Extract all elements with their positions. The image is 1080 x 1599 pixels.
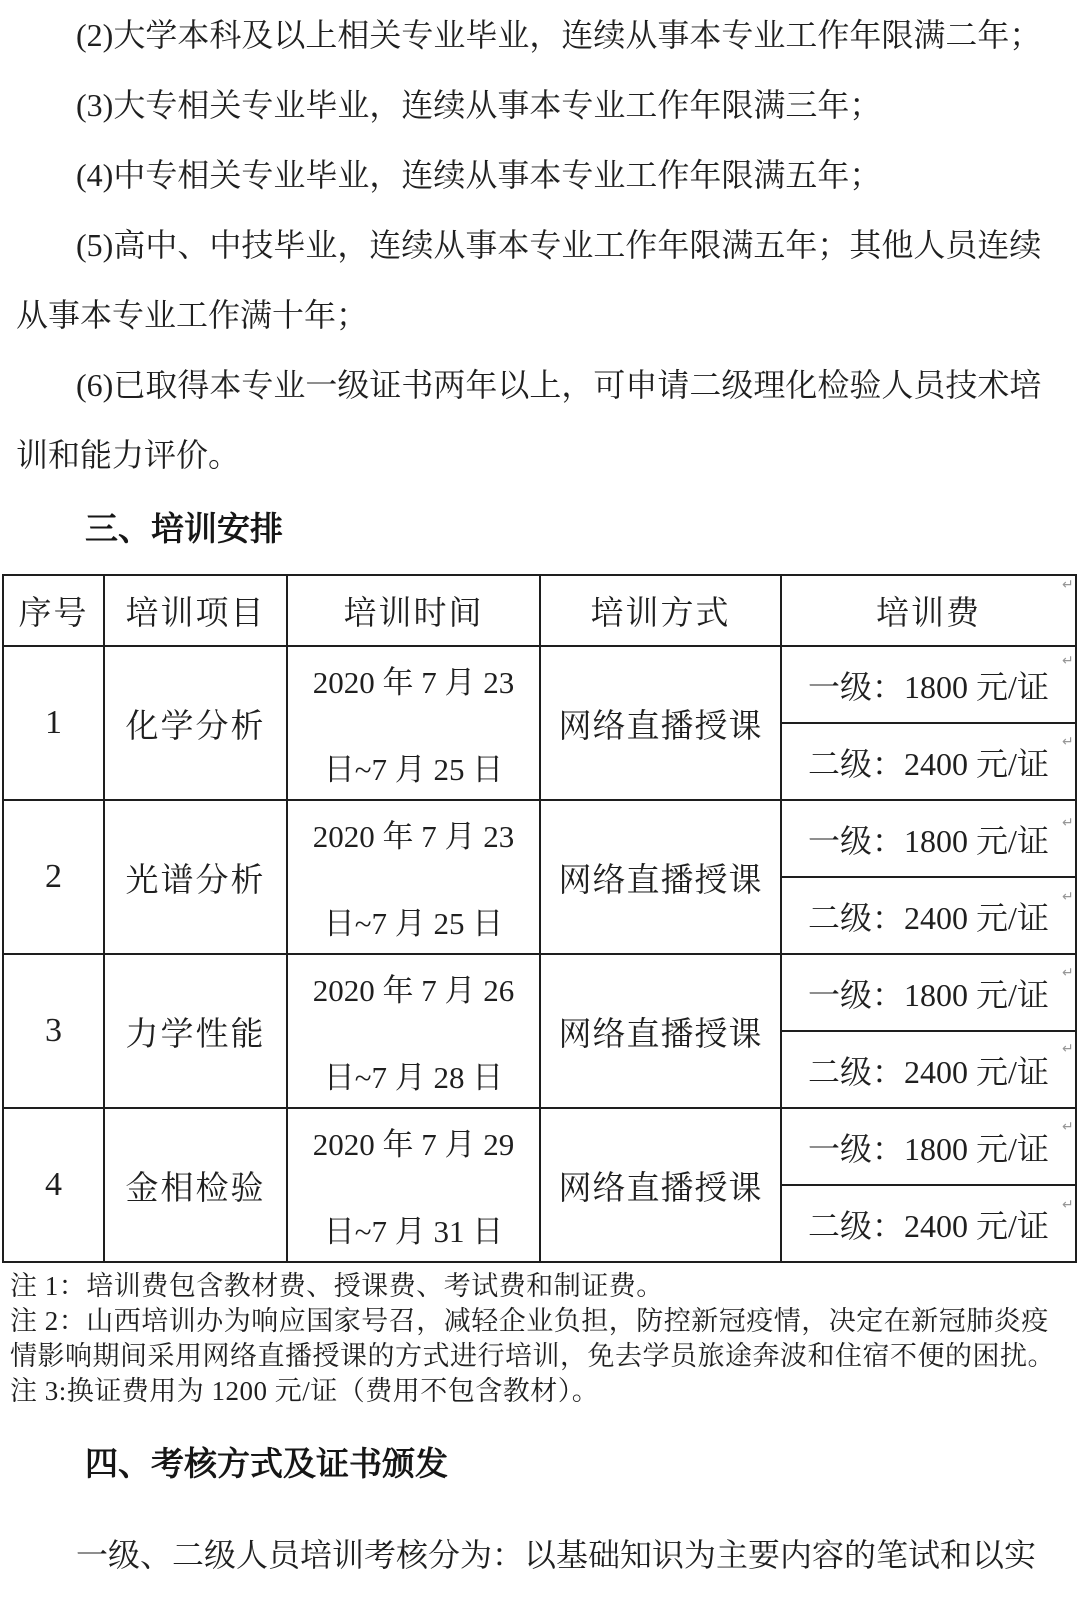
paragraph-mark-icon: ↵ — [1062, 816, 1078, 830]
cell-fee-level1: 一级：1800 元/证 — [781, 954, 1076, 1031]
cell-time: 2020 年 7 月 29 日~7 月 31 日 — [287, 1108, 540, 1262]
cell-method: 网络直播授课 — [540, 800, 781, 954]
table-header-row: 序号 培训项目 培训时间 培训方式 培训费 — [3, 575, 1076, 646]
time-line1: 2020 年 7 月 23 — [288, 657, 539, 702]
cell-project: 化学分析 — [104, 646, 287, 800]
cell-fee-level1: 一级：1800 元/证 — [781, 646, 1076, 723]
column-header-method: 培训方式 — [540, 575, 781, 646]
note-line: 注 1：培训费包含教材费、授课费、考试费和制证费。 — [0, 1269, 1080, 1304]
time-line2: 日~7 月 25 日 — [288, 898, 539, 943]
eligibility-clauses: (2)大学本科及以上相关专业毕业，连续从事本专业工作年限满二年； (3)大专相关… — [0, 0, 1080, 490]
cell-time: 2020 年 7 月 23 日~7 月 25 日 — [287, 800, 540, 954]
time-line1: 2020 年 7 月 23 — [288, 811, 539, 856]
cell-project: 力学性能 — [104, 954, 287, 1108]
paragraph-mark-icon: ↵ — [1062, 966, 1078, 980]
cell-time: 2020 年 7 月 26 日~7 月 28 日 — [287, 954, 540, 1108]
document-page: (2)大学本科及以上相关专业毕业，连续从事本专业工作年限满二年； (3)大专相关… — [0, 0, 1080, 1599]
note-line: 情影响期间采用网络直播授课的方式进行培训，免去学员旅途奔波和住宿不便的困扰。 — [0, 1339, 1080, 1374]
table-row: 4 金相检验 2020 年 7 月 29 日~7 月 31 日 网络直播授课 一… — [3, 1108, 1076, 1185]
clause-line: 从事本专业工作满十年； — [0, 280, 1080, 350]
column-header-time: 培训时间 — [287, 575, 540, 646]
paragraph-mark-icon: ↵ — [1062, 578, 1078, 592]
cell-no: 2 — [3, 800, 104, 954]
cell-project: 金相检验 — [104, 1108, 287, 1262]
paragraph-mark-icon: ↵ — [1062, 1198, 1078, 1212]
note-line: 注 3:换证费用为 1200 元/证（费用不包含教材）。 — [0, 1374, 1080, 1409]
clause-line: (6)已取得本专业一级证书两年以上，可申请二级理化检验人员技术培 — [0, 350, 1080, 420]
cell-no: 1 — [3, 646, 104, 800]
cell-fee-level2: 二级：2400 元/证 — [781, 1031, 1076, 1108]
cell-fee-level2: 二级：2400 元/证 — [781, 877, 1076, 954]
table-row: 2 光谱分析 2020 年 7 月 23 日~7 月 25 日 网络直播授课 一… — [3, 800, 1076, 877]
table-row: 1 化学分析 2020 年 7 月 23 日~7 月 25 日 网络直播授课 一… — [3, 646, 1076, 723]
cell-method: 网络直播授课 — [540, 646, 781, 800]
time-line2: 日~7 月 25 日 — [288, 744, 539, 789]
paragraph-mark-icon: ↵ — [1062, 1120, 1078, 1134]
cell-fee-level1: 一级：1800 元/证 — [781, 1108, 1076, 1185]
notes-block: 注 1：培训费包含教材费、授课费、考试费和制证费。 注 2：山西培训办为响应国家… — [0, 1269, 1080, 1409]
clause-line: (4)中专相关专业毕业，连续从事本专业工作年限满五年； — [0, 140, 1080, 210]
cell-fee-level2: 二级：2400 元/证 — [781, 1185, 1076, 1262]
cell-fee-level1: 一级：1800 元/证 — [781, 800, 1076, 877]
time-line1: 2020 年 7 月 29 — [288, 1119, 539, 1164]
time-line1: 2020 年 7 月 26 — [288, 965, 539, 1010]
column-header-no: 序号 — [3, 575, 104, 646]
paragraph-mark-icon: ↵ — [1062, 654, 1078, 668]
paragraph-mark-icon: ↵ — [1062, 1042, 1078, 1056]
cell-no: 4 — [3, 1108, 104, 1262]
time-line2: 日~7 月 28 日 — [288, 1052, 539, 1097]
cell-project: 光谱分析 — [104, 800, 287, 954]
paragraph-mark-icon: ↵ — [1062, 890, 1078, 904]
paragraph-mark-icon: ↵ — [1062, 735, 1078, 749]
cell-time: 2020 年 7 月 23 日~7 月 25 日 — [287, 646, 540, 800]
column-header-project: 培训项目 — [104, 575, 287, 646]
training-schedule-table: 序号 培训项目 培训时间 培训方式 培训费 1 化学分析 2020 年 7 月 … — [2, 574, 1077, 1263]
section-heading-training-arrangement: 三、培训安排 — [85, 508, 1080, 550]
clause-line: (3)大专相关专业毕业，连续从事本专业工作年限满三年； — [0, 70, 1080, 140]
table-row: 3 力学性能 2020 年 7 月 26 日~7 月 28 日 网络直播授课 一… — [3, 954, 1076, 1031]
cell-method: 网络直播授课 — [540, 954, 781, 1108]
cell-method: 网络直播授课 — [540, 1108, 781, 1262]
column-header-fee: 培训费 — [781, 575, 1076, 646]
cell-no: 3 — [3, 954, 104, 1108]
note-line: 注 2：山西培训办为响应国家号召，减轻企业负担，防控新冠疫情，决定在新冠肺炎疫 — [0, 1304, 1080, 1339]
cell-fee-level2: 二级：2400 元/证 — [781, 723, 1076, 800]
clause-line: (2)大学本科及以上相关专业毕业，连续从事本专业工作年限满二年； — [0, 0, 1080, 70]
section-heading-assessment: 四、考核方式及证书颁发 — [85, 1443, 1080, 1485]
clause-line: 训和能力评价。 — [0, 420, 1080, 490]
closing-paragraph-line: 一级、二级人员培训考核分为：以基础知识为主要内容的笔试和以实 — [0, 1533, 1080, 1577]
time-line2: 日~7 月 31 日 — [288, 1206, 539, 1251]
clause-line: (5)高中、中技毕业，连续从事本专业工作年限满五年；其他人员连续 — [0, 210, 1080, 280]
